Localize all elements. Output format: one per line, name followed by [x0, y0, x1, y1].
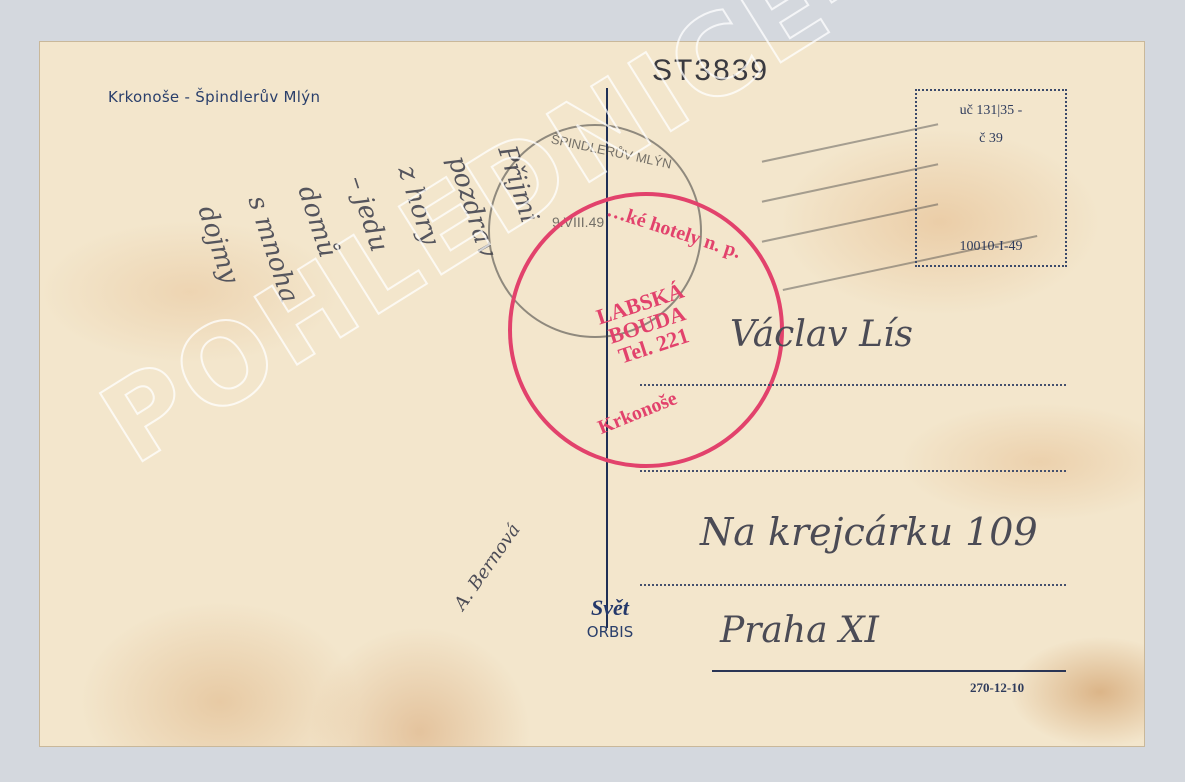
printed-title: Krkonoše - Špindlerův Mlýn — [108, 88, 320, 106]
message-line: dojmy — [191, 202, 244, 287]
stamp-placeholder: uč 131|35 - č 39 10010-I-49 — [915, 89, 1067, 267]
recipient-city: Praha XI — [720, 610, 879, 651]
svet-logo-icon: Svět — [580, 595, 640, 621]
address-line — [640, 584, 1066, 586]
stamp-text-line2: č 39 — [917, 131, 1065, 147]
address-baseline — [712, 670, 1066, 672]
hotel-stamp-bottom: Krkonoše — [595, 387, 681, 440]
cancellation-line — [762, 163, 938, 202]
cancellation-line — [762, 203, 938, 242]
recipient-name: Václav Lís — [730, 314, 913, 355]
print-code: 270-12-10 — [970, 680, 1024, 696]
stamp-code: 10010-I-49 — [917, 239, 1065, 255]
recipient-street: Na krejcárku 109 — [700, 510, 1038, 554]
hotel-stamp-top: …ké hotely n. p. — [604, 199, 744, 264]
publisher-logo: Svět ORBIS — [580, 595, 640, 641]
address-line — [640, 384, 1066, 386]
cancellation-line — [762, 123, 938, 162]
stamp-text-line1: uč 131|35 - — [917, 103, 1065, 119]
hotel-stamp-center: LABSKÁ BOUDA Tel. 221 — [565, 270, 728, 379]
publisher-name: ORBIS — [580, 623, 640, 641]
address-line — [640, 470, 1066, 472]
